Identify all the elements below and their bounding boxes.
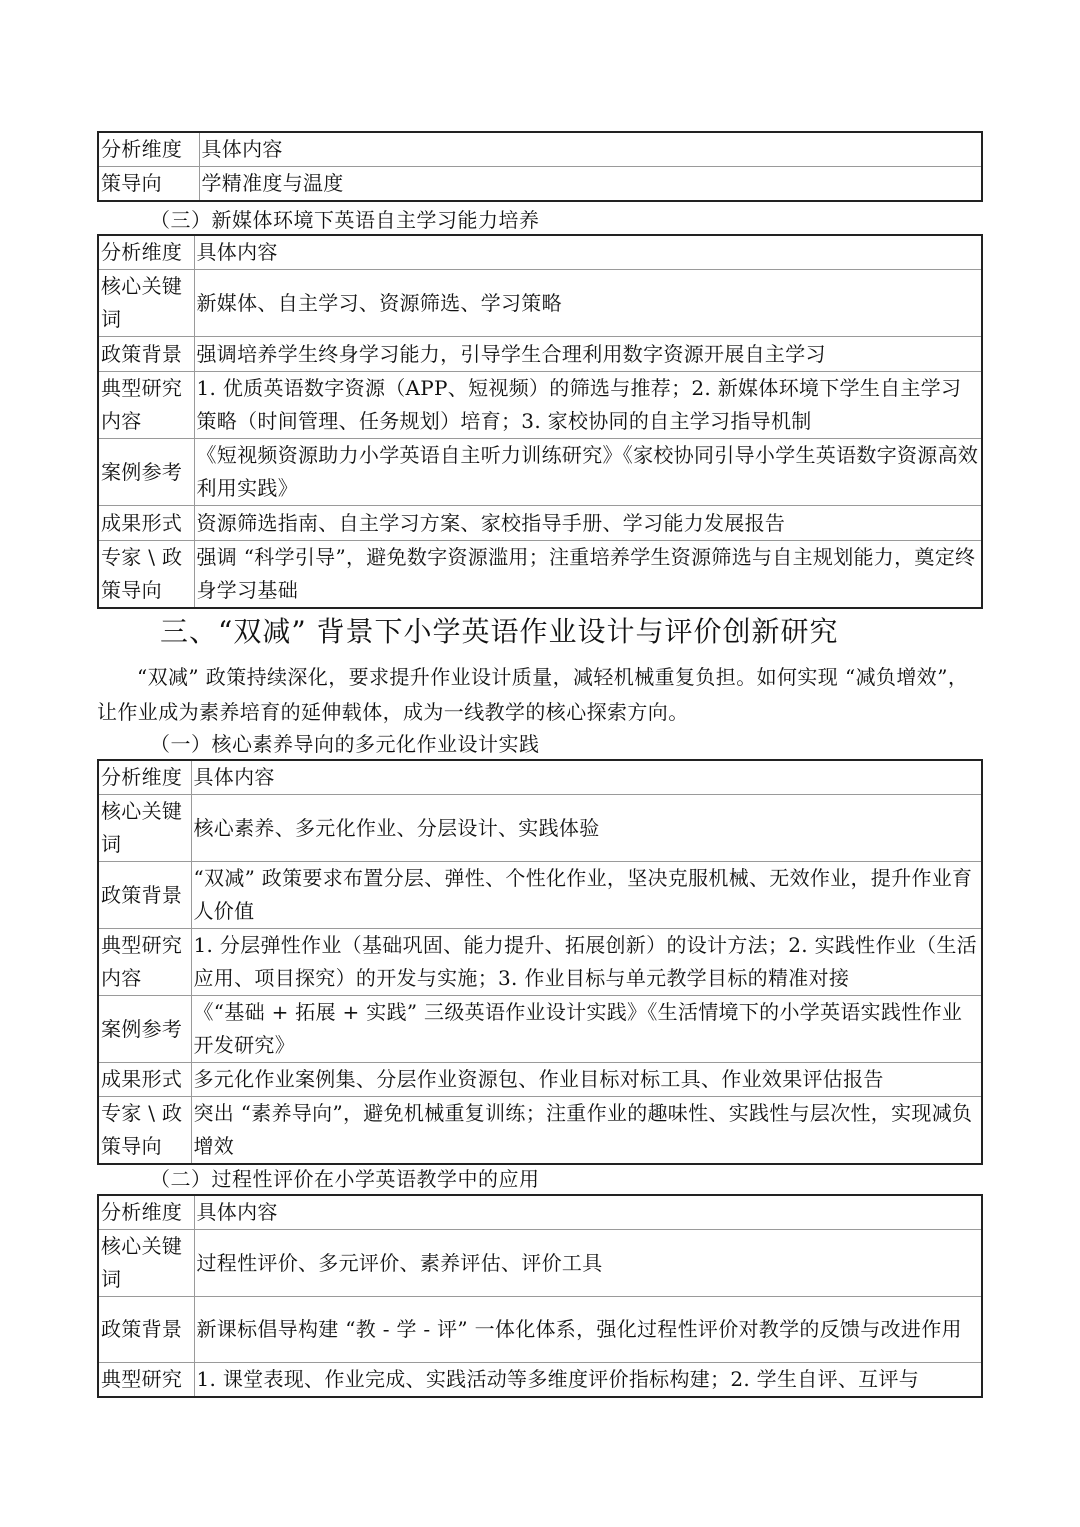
table-row: 专家 \ 政策导向 强调 “科学引导”，避免数字资源滥用；注重培养学生资源筛选与… bbox=[98, 541, 982, 609]
section-heading-2: （二）过程性评价在小学英语教学中的应用 bbox=[150, 1164, 540, 1194]
row-content: 强调培养学生终身学习能力，引导学生合理利用数字资源开展自主学习 bbox=[194, 337, 982, 372]
table-section-2: 分析维度 具体内容 核心关键词 过程性评价、多元评价、素养评估、评价工具 政策背… bbox=[97, 1194, 983, 1398]
row-dim: 典型研究 bbox=[98, 1363, 194, 1398]
section-heading-1: （一）核心素养导向的多元化作业设计实践 bbox=[150, 729, 540, 759]
row-content: “双减” 政策要求布置分层、弹性、个性化作业，坚决克服机械、无效作业，提升作业育… bbox=[191, 862, 982, 929]
table-row: 政策背景 新课标倡导构建 “教 - 学 - 评” 一体化体系，强化过程性评价对教… bbox=[98, 1297, 982, 1363]
table-header-row: 分析维度 具体内容 bbox=[98, 132, 982, 167]
table-header-row: 分析维度 具体内容 bbox=[98, 1195, 982, 1230]
header-dim: 分析维度 bbox=[98, 1195, 194, 1230]
header-content: 具体内容 bbox=[191, 760, 982, 795]
row-content: 多元化作业案例集、分层作业资源包、作业目标对标工具、作业效果评估报告 bbox=[191, 1063, 982, 1097]
row-dim: 案例参考 bbox=[98, 439, 194, 506]
table-row: 典型研究内容 1. 分层弹性作业（基础巩固、能力提升、拓展创新）的设计方法；2.… bbox=[98, 929, 982, 996]
row-dim: 核心关键词 bbox=[98, 1230, 194, 1297]
row-content: 强调 “科学引导”，避免数字资源滥用；注重培养学生资源筛选与自主规划能力，奠定终… bbox=[194, 541, 982, 609]
table-section-3: 分析维度 具体内容 核心关键词 新媒体、自主学习、资源筛选、学习策略 政策背景 … bbox=[97, 234, 983, 609]
table-row: 策导向 学精准度与温度 bbox=[98, 167, 982, 202]
section-heading-3: （三）新媒体环境下英语自主学习能力培养 bbox=[150, 205, 540, 235]
header-content: 具体内容 bbox=[194, 1195, 982, 1230]
row-content: 过程性评价、多元评价、素养评估、评价工具 bbox=[194, 1230, 982, 1297]
row-dim: 典型研究内容 bbox=[98, 372, 194, 439]
table-continued: 分析维度 具体内容 策导向 学精准度与温度 bbox=[97, 131, 983, 202]
table-row: 案例参考 《短视频资源助力小学英语自主听力训练研究》《家校协同引导小学生英语数字… bbox=[98, 439, 982, 506]
table-row: 核心关键词 过程性评价、多元评价、素养评估、评价工具 bbox=[98, 1230, 982, 1297]
table-row: 核心关键词 核心素养、多元化作业、分层设计、实践体验 bbox=[98, 795, 982, 862]
row-dim: 政策背景 bbox=[98, 337, 194, 372]
header-content: 具体内容 bbox=[194, 235, 982, 270]
table-row: 案例参考 《“基础 + 拓展 + 实践” 三级英语作业设计实践》《生活情境下的小… bbox=[98, 996, 982, 1063]
row-dim: 成果形式 bbox=[98, 1063, 191, 1097]
row-dim: 成果形式 bbox=[98, 506, 194, 541]
table-row: 成果形式 多元化作业案例集、分层作业资源包、作业目标对标工具、作业效果评估报告 bbox=[98, 1063, 982, 1097]
table-row: 政策背景 强调培养学生终身学习能力，引导学生合理利用数字资源开展自主学习 bbox=[98, 337, 982, 372]
row-content: 《短视频资源助力小学英语自主听力训练研究》《家校协同引导小学生英语数字资源高效利… bbox=[194, 439, 982, 506]
table-header-row: 分析维度 具体内容 bbox=[98, 235, 982, 270]
table-row: 专家 \ 政策导向 突出 “素养导向”，避免机械重复训练；注重作业的趣味性、实践… bbox=[98, 1097, 982, 1165]
row-content: 核心素养、多元化作业、分层设计、实践体验 bbox=[191, 795, 982, 862]
chapter-intro-paragraph: “双减” 政策持续深化，要求提升作业设计质量，减轻机械重复负担。如何实现 “减负… bbox=[97, 660, 983, 730]
row-content: 1. 课堂表现、作业完成、实践活动等多维度评价指标构建；2. 学生自评、互评与 bbox=[194, 1363, 982, 1398]
row-dim: 政策背景 bbox=[98, 1297, 194, 1363]
row-dim: 专家 \ 政策导向 bbox=[98, 541, 194, 609]
table-row: 典型研究 1. 课堂表现、作业完成、实践活动等多维度评价指标构建；2. 学生自评… bbox=[98, 1363, 982, 1398]
table-row: 政策背景 “双减” 政策要求布置分层、弹性、个性化作业，坚决克服机械、无效作业，… bbox=[98, 862, 982, 929]
row-dim: 策导向 bbox=[98, 167, 199, 202]
row-content: 学精准度与温度 bbox=[199, 167, 982, 202]
row-dim: 专家 \ 政策导向 bbox=[98, 1097, 191, 1165]
row-content: 突出 “素养导向”，避免机械重复训练；注重作业的趣味性、实践性与层次性，实现减负… bbox=[191, 1097, 982, 1165]
table-row: 典型研究内容 1. 优质英语数字资源（APP、短视频）的筛选与推荐；2. 新媒体… bbox=[98, 372, 982, 439]
row-content: 1. 优质英语数字资源（APP、短视频）的筛选与推荐；2. 新媒体环境下学生自主… bbox=[194, 372, 982, 439]
header-content: 具体内容 bbox=[199, 132, 982, 167]
row-dim: 典型研究内容 bbox=[98, 929, 191, 996]
header-dim: 分析维度 bbox=[98, 760, 191, 795]
row-dim: 政策背景 bbox=[98, 862, 191, 929]
table-row: 成果形式 资源筛选指南、自主学习方案、家校指导手册、学习能力发展报告 bbox=[98, 506, 982, 541]
row-content: 新媒体、自主学习、资源筛选、学习策略 bbox=[194, 270, 982, 337]
document-page: 分析维度 具体内容 策导向 学精准度与温度 （三）新媒体环境下英语自主学习能力培… bbox=[0, 0, 1080, 1527]
table-section-1: 分析维度 具体内容 核心关键词 核心素养、多元化作业、分层设计、实践体验 政策背… bbox=[97, 759, 983, 1165]
row-content: 《“基础 + 拓展 + 实践” 三级英语作业设计实践》《生活情境下的小学英语实践… bbox=[191, 996, 982, 1063]
header-dim: 分析维度 bbox=[98, 132, 199, 167]
table-row: 核心关键词 新媒体、自主学习、资源筛选、学习策略 bbox=[98, 270, 982, 337]
row-dim: 案例参考 bbox=[98, 996, 191, 1063]
row-dim: 核心关键词 bbox=[98, 270, 194, 337]
table-header-row: 分析维度 具体内容 bbox=[98, 760, 982, 795]
row-content: 1. 分层弹性作业（基础巩固、能力提升、拓展创新）的设计方法；2. 实践性作业（… bbox=[191, 929, 982, 996]
chapter-heading: 三、“双减” 背景下小学英语作业设计与评价创新研究 bbox=[160, 612, 839, 652]
row-content: 资源筛选指南、自主学习方案、家校指导手册、学习能力发展报告 bbox=[194, 506, 982, 541]
row-content: 新课标倡导构建 “教 - 学 - 评” 一体化体系，强化过程性评价对教学的反馈与… bbox=[194, 1297, 982, 1363]
header-dim: 分析维度 bbox=[98, 235, 194, 270]
row-dim: 核心关键词 bbox=[98, 795, 191, 862]
